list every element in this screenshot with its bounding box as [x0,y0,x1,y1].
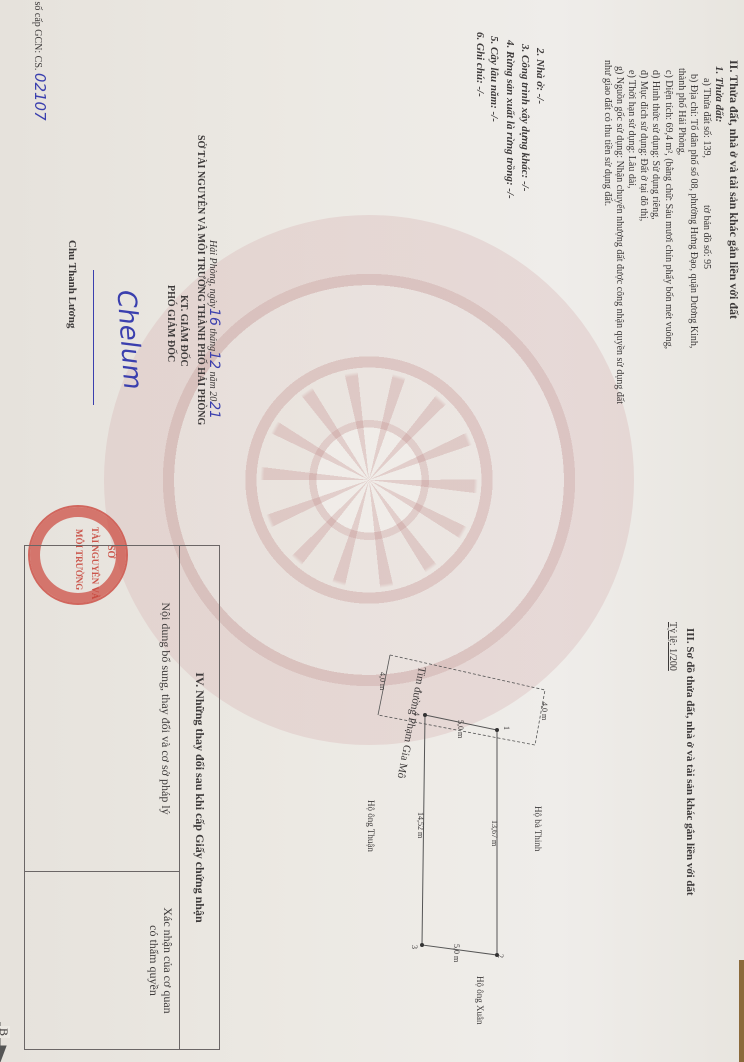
point-1-label: 1 [500,726,512,730]
section-iv-title: IV. Những thay đổi sau khi cấp Giấy chứn… [180,546,220,1050]
neighbor-xuan: Hộ ông Xuân [474,976,486,1025]
back-edge-length: 5,0 m [450,944,462,962]
neighbor-thuan: Hộ ông Thuận [365,800,377,852]
neighbor-thinh: Hộ bà Thinh [532,806,544,851]
north-label: B [0,1026,10,1038]
front-edge-length: 5,0 m [454,720,466,738]
road-offset-left: 4,0 m [376,672,388,690]
point-2-label: 2 [494,954,506,958]
road-offset-right: 4,0 m [538,702,550,720]
side-3-4-length: 14,52 m [414,812,426,838]
certificate-page: II. Thửa đất, nhà ở và tài sản khác gắn … [0,0,744,1062]
point-4-label: 4 [410,712,422,716]
column-content-header: Nội dung bổ sung, thay đổi và cơ sở pháp… [25,546,180,872]
changes-table: IV. Những thay đổi sau khi cấp Giấy chứn… [24,545,220,1050]
side-1-2-length: 13,67 m [488,820,500,846]
certificate-photo: II. Thửa đất, nhà ở và tài sản khác gắn … [0,0,744,1062]
point-3-label: 3 [408,945,420,949]
column-confirm-header: Xác nhận của cơ quan có thẩm quyền [25,872,180,1050]
